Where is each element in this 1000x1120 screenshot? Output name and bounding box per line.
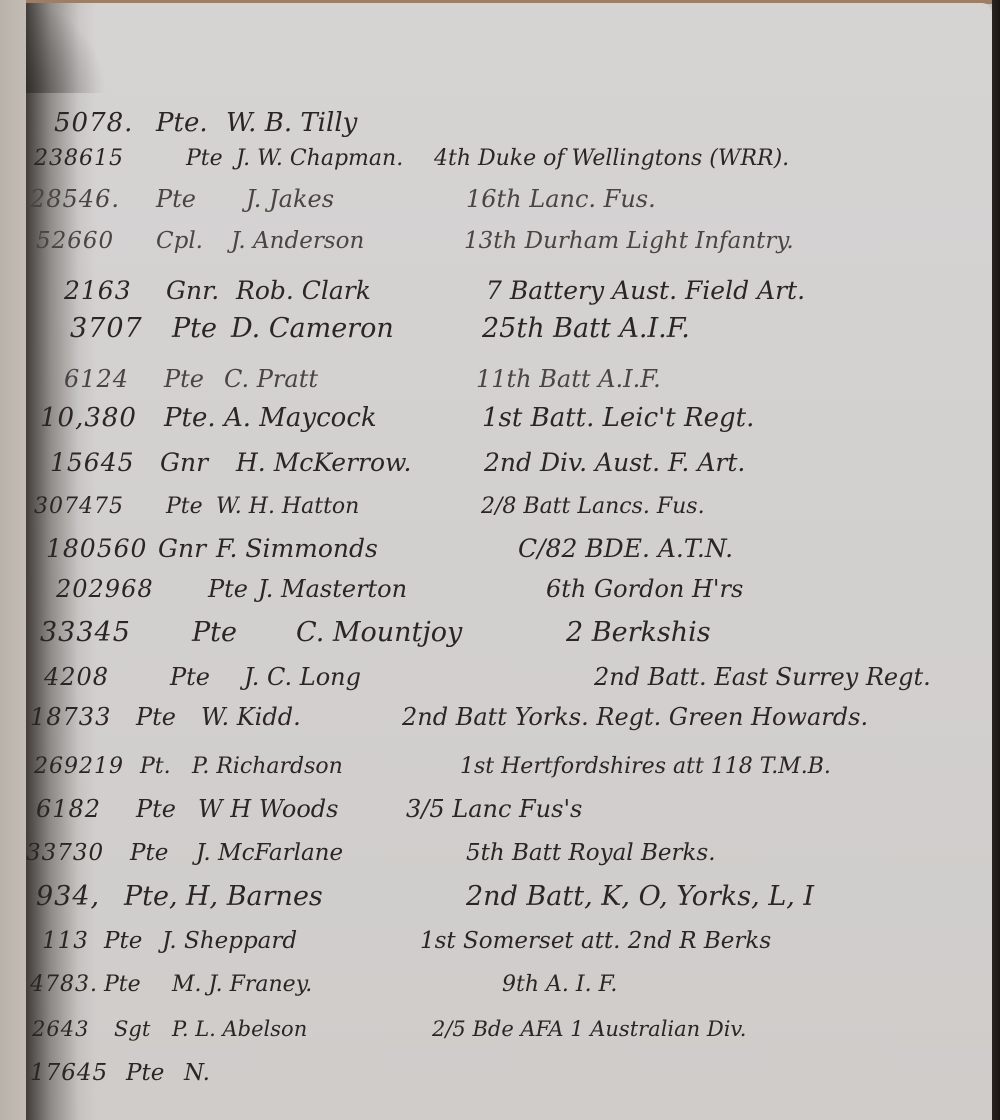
soldier-name: N. (184, 1053, 210, 1093)
soldier-name: C. Mountjoy (296, 613, 462, 653)
rank: Pte (166, 487, 203, 527)
service-number: 180560 (46, 529, 147, 569)
service-number: 33730 (26, 833, 104, 873)
unit: 7 Battery Aust. Field Art. (486, 271, 805, 311)
book-right-edge (992, 0, 1000, 1120)
unit: 1st Hertfordshires att 118 T.M.B. (460, 747, 831, 787)
rank: Pte (172, 309, 217, 349)
service-number: 10,380 (40, 398, 137, 438)
rank: Pte (130, 833, 168, 873)
ledger-photograph: 5078. Pte. W. B. Tilly 238615 Pte J. W. … (0, 0, 1000, 1120)
soldier-name: D. Cameron (231, 309, 394, 349)
soldier-name: W. Kidd. (201, 697, 301, 737)
soldier-name: W. H. Hatton (216, 487, 359, 527)
soldier-name: J. Masterton (258, 569, 407, 609)
rank: Cpl. (156, 221, 203, 261)
rank: Pte (104, 921, 142, 961)
unit: 13th Durham Light Infantry. (464, 221, 794, 261)
service-number: 934, (36, 877, 100, 917)
soldier-name: J. W. Chapman. (236, 139, 403, 179)
ledger-entries: 5078. Pte. W. B. Tilly 238615 Pte J. W. … (26, 3, 992, 1120)
service-number: 4783. (30, 965, 98, 1005)
unit: 2nd Div. Aust. F. Art. (484, 443, 745, 483)
soldier-name: W. B. Tilly (226, 103, 357, 143)
unit: 2 Berkshis (566, 613, 711, 653)
service-number: 3707 (70, 309, 143, 349)
rank: Pte (104, 965, 141, 1005)
unit: 11th Batt A.I.F. (476, 359, 661, 399)
service-number: 2643 (32, 1009, 89, 1049)
service-number: 33345 (40, 613, 131, 653)
rank: Pte (136, 789, 176, 829)
rank: Pte (186, 139, 223, 179)
rank: Gnr (158, 529, 206, 569)
rank: Pte, (124, 877, 178, 917)
service-number: 52660 (36, 221, 114, 261)
ledger-page: 5078. Pte. W. B. Tilly 238615 Pte J. W. … (26, 3, 992, 1120)
service-number: 6124 (64, 359, 129, 399)
soldier-name: P. Richardson (192, 747, 343, 787)
rank: Gnr (160, 443, 208, 483)
unit: 2/5 Bde AFA 1 Australian Div. (432, 1009, 746, 1049)
soldier-name: H. McKerrow. (236, 443, 411, 483)
soldier-name: F. Simmonds (216, 529, 378, 569)
soldier-name: A. Maycock (224, 398, 377, 438)
unit: 9th A. I. F. (502, 965, 617, 1005)
service-number: 2163 (64, 271, 132, 311)
rank: Gnr. (166, 271, 219, 311)
soldier-name: C. Pratt (224, 359, 318, 399)
rank: Pte (192, 613, 237, 653)
service-number: 202968 (56, 569, 154, 609)
rank: Pte (136, 697, 176, 737)
rank: Pt. (140, 747, 171, 787)
unit: 2nd Batt, K, O, Yorks, L, I (466, 877, 814, 917)
soldier-name: W H Woods (198, 789, 338, 829)
unit: 6th Gordon H'rs (546, 569, 743, 609)
unit: 2nd Batt. East Surrey Regt. (594, 657, 931, 697)
rank: Pte. (164, 398, 216, 438)
unit: 16th Lanc. Fus. (466, 179, 656, 219)
service-number: 5078. (54, 103, 133, 143)
unit: 4th Duke of Wellingtons (WRR). (434, 139, 789, 179)
unit: 1st Somerset att. 2nd R Berks (420, 921, 771, 961)
rank: Pte (126, 1053, 164, 1093)
soldier-name: P. L. Abelson (172, 1009, 307, 1049)
soldier-name: M. J. Franey. (172, 965, 312, 1005)
service-number: 18733 (30, 697, 111, 737)
soldier-name: J. Sheppard (162, 921, 297, 961)
rank: Sgt (114, 1009, 150, 1049)
soldier-name: J. Anderson (231, 221, 364, 261)
service-number: 15645 (50, 443, 135, 483)
unit: C/82 BDE. A.T.N. (518, 529, 733, 569)
service-number: 28546. (30, 179, 120, 219)
service-number: 307475 (34, 487, 124, 527)
rank: Pte. (156, 103, 208, 143)
soldier-name: J. McFarlane (196, 833, 343, 873)
soldier-name: H, Barnes (186, 877, 323, 917)
service-number: 269219 (34, 747, 124, 787)
soldier-name: Rob. Clark (236, 271, 371, 311)
soldier-name: J. C. Long (244, 657, 361, 697)
unit: 3/5 Lanc Fus's (406, 789, 582, 829)
rank: Pte (164, 359, 204, 399)
rank: Pte (156, 179, 196, 219)
service-number: 4208 (44, 657, 109, 697)
unit: 2nd Batt Yorks. Regt. Green Howards. (402, 697, 868, 737)
unit: 5th Batt Royal Berks. (466, 833, 716, 873)
facing-page-edge (0, 0, 26, 1120)
rank: Pte (208, 569, 248, 609)
unit: 25th Batt A.I.F. (482, 309, 690, 349)
service-number: 238615 (34, 139, 124, 179)
rank: Pte (170, 657, 210, 697)
service-number: 17645 (30, 1053, 108, 1093)
unit: 1st Batt. Leic't Regt. (482, 398, 754, 438)
service-number: 113 (42, 921, 89, 961)
unit: 2/8 Batt Lancs. Fus. (481, 487, 705, 527)
soldier-name: J. Jakes (246, 179, 334, 219)
service-number: 6182 (36, 789, 101, 829)
